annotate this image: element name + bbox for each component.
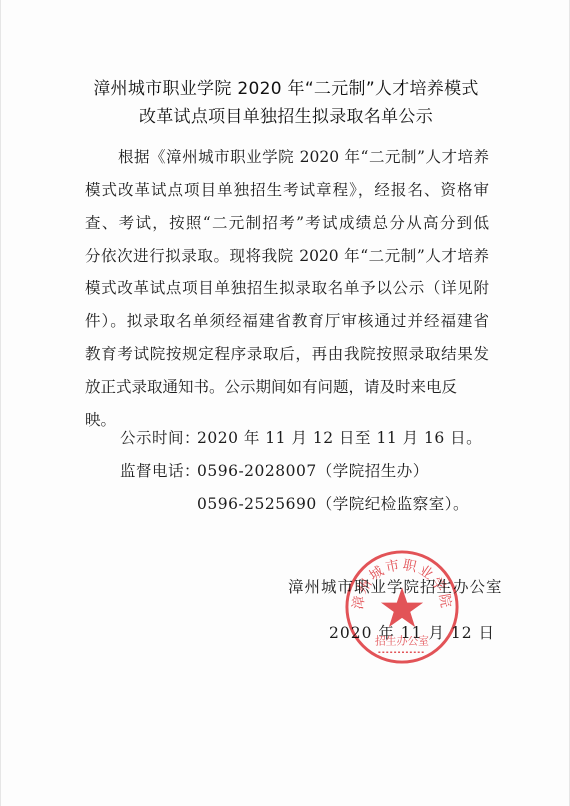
supervision-phone-label: 监督电话： [120,461,200,481]
body-line: 映。 [85,410,489,430]
body-line: 模式改革试点项目单独招生拟录取名单予以公示（详见附 [85,278,489,298]
publicity-period-value: 2020 年 11 月 12 日至 11 月 16 日。 [197,428,482,448]
body-line: 教育考试院按规定程序录取后，再由我院按照录取结果发 [85,344,489,364]
official-seal-icon: 漳州城市职业学院 招生办公室 [343,548,461,666]
body-line: 查、考试，按照“二元制招考”考试成绩总分从高分到低 [85,213,489,233]
body-line: 分依次进行拟录取。现将我院 2020 年“二元制”人才培养 [85,246,489,266]
body-line: 根据《漳州城市职业学院 2020 年“二元制”人才培养 [118,147,489,167]
publicity-period-label: 公示时间： [120,428,200,448]
document-title-line1: 漳州城市职业学院 2020 年“二元制”人才培养模式 [1,74,570,99]
supervision-phone-admissions: 0596-2028007（学院招生办） [197,461,429,481]
document-page: 漳州城市职业学院 2020 年“二元制”人才培养模式 改革试点项目单独招生拟录取… [0,0,570,806]
svg-text:招生办公室: 招生办公室 [375,633,429,647]
body-line: 放正式录取通知书。公示期间如有问题，请及时来电反 [85,377,475,397]
supervision-phone: 监督电话： 0596-2028007（学院招生办） [1,461,570,481]
supervision-phone-secondary: 0596-2525690（学院纪检监察室）。 [1,494,570,514]
body-line: 件）。拟录取名单须经福建省教育厅审核通过并经福建省 [85,311,489,331]
supervision-phone-discipline: 0596-2525690（学院纪检监察室）。 [197,494,469,514]
publicity-period: 公示时间： 2020 年 11 月 12 日至 11 月 16 日。 [1,428,570,448]
document-title-line2: 改革试点项目单独招生拟录取名单公示 [1,102,570,127]
body-line: 模式改革试点项目单独招生考试章程》，经报名、资格审 [85,180,489,200]
